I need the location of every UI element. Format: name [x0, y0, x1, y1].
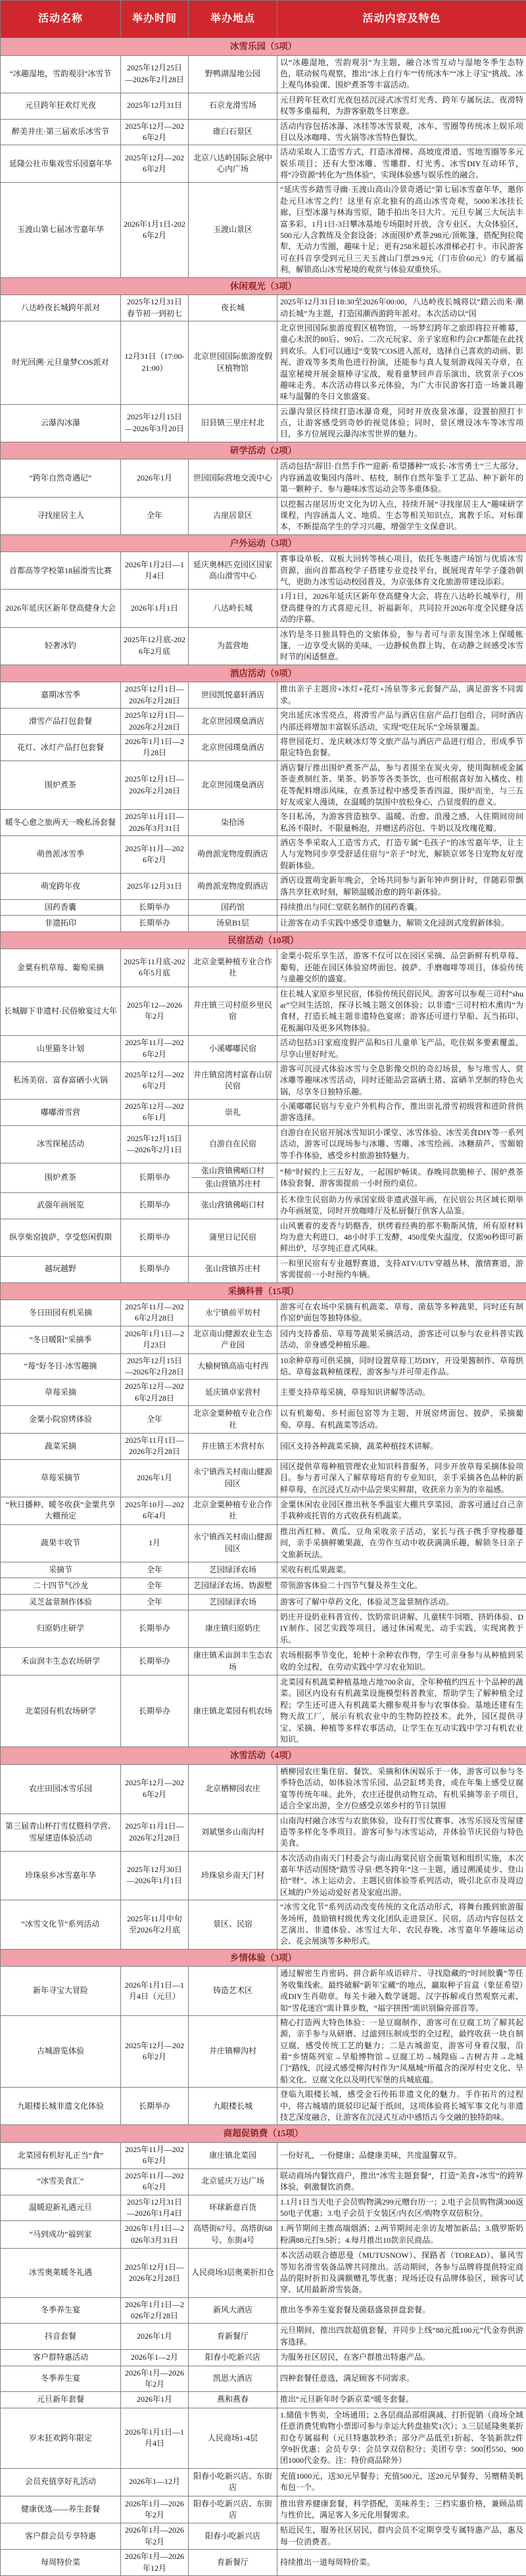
- activity-description-cell: 带领游客体验二十四节气餐及养生文化。: [277, 1578, 526, 1594]
- activity-location-cell: 北京南山健源农业生态产业园: [189, 1326, 277, 1353]
- location-text: 蒲里日记民宿: [191, 1231, 274, 1244]
- location-text: 碓臼石景区: [191, 126, 274, 138]
- activity-description-cell: 自游自在民宿开展冰雪知识小课堂、冰雪体验、冰雪美食DIY等一系列活动，游客可以现…: [277, 1125, 526, 1163]
- activity-location-cell: 自游自在民宿: [189, 1125, 277, 1163]
- location-text: 北京八达岭国际会展中心内广场: [191, 152, 274, 176]
- activity-location-cell: 永宁镇前平坊村: [189, 1300, 277, 1326]
- table-row: 滑雪产品打包套餐2025年12月1日—2026年2月28日北京世园璞燊酒店突出延…: [1, 709, 526, 735]
- activity-time-cell: 2026年1月2日—1月4日: [121, 552, 189, 590]
- activity-location-cell: 阳春小吃新兴店、东街店: [189, 2496, 277, 2523]
- activity-time-cell: 2026年1—2月: [121, 2350, 189, 2366]
- location-text: 北京延庆万达广场: [191, 2175, 274, 2188]
- activity-location-cell: 夜长城: [189, 295, 277, 321]
- column-header-location: 举办地点: [189, 1, 277, 38]
- activity-name-cell: 越玩越野: [1, 1256, 121, 1282]
- table-row: 嘟嘟滑雪营2025年12月—2026年1月崇礼小溪嘟嘟民宿与专业户外机构合作，推…: [1, 1100, 526, 1126]
- location-text: 人民商场1-4层: [191, 2432, 274, 2445]
- location-text: 艺园绿泽农场: [191, 1564, 274, 1576]
- location-text: 张山营镇苏庄村: [191, 1177, 274, 1190]
- activity-time-cell: 2025年12月31日 春节初一到初七: [121, 295, 189, 321]
- activity-description-cell: 活动采取人工造雪方式，打造冰滑梯、高坡度滑道、雪地雪圈等多元娱乐项目；还有大型冰…: [277, 145, 526, 183]
- activity-description-cell: 推出冬季养生宴套餐及菌菇盛景拼盘套餐。: [277, 2297, 526, 2324]
- activity-name-cell: 延隆公社市集戏雪乐园嘉年华: [1, 145, 121, 183]
- location-text: 阳春小吃新兴店、东街店: [191, 2470, 274, 2494]
- activity-time-cell: 2026年1月: [121, 2392, 189, 2408]
- activity-description-cell: 1月1日，2026年延庆区新年登高健身大会，将在八达岭长城举行，用登高健身的方式…: [277, 590, 526, 627]
- activity-time-cell: 全年: [121, 1406, 189, 1434]
- activity-description-cell: 本次活动由南天门村委会与南山海棠民宿全面策划和组织实施，本次嘉年华活动围绕“踏雪…: [277, 1851, 526, 1900]
- activity-time-cell: 2026年1月1日—1月4日: [121, 2408, 189, 2468]
- section-header-row: 商超促销费（15项）: [1, 2125, 526, 2143]
- activity-name-cell: 客户群特惠活动: [1, 2350, 121, 2366]
- activity-time-cell: 长期举办: [121, 1256, 189, 1282]
- section-header-row: 乡情体验（3项）: [1, 1949, 526, 1967]
- activity-time-cell: 2025年12月30日—2026年1月1日: [121, 1851, 189, 1900]
- table-row: 农庄田园冰雪乐园2025年12月—2026年2月北京栖柳园农庄栖柳园农庄集住宿、…: [1, 1764, 526, 1814]
- activity-name-cell: 冬日田园有机采摘: [1, 1300, 121, 1326]
- location-text: 井庄镇窑湾村富春山居民宿: [191, 1069, 274, 1093]
- activity-name-cell: 蔬菜采摘: [1, 1434, 121, 1460]
- activity-description-cell: 通过解密生肖密码、拼合新年成语碎片、寻找隐藏的“时间胶囊”等任务收集线索。最终破…: [277, 1967, 526, 2016]
- table-row: 珍珠泉乡冰雪嘉年华2025年12月30日—2026年1月1日珍珠泉乡南天门村本次…: [1, 1851, 526, 1900]
- activity-description-cell: 农场根据季节变化，轮种十余种农作物，学生可亲身参与从种植到采收的全过程，在劳动实…: [277, 1648, 526, 1675]
- activity-description-cell: 冰钓是冬日独具特色的文旅体验，参与者可与亲友围坐冰上保暖帐篷，一边享受火锅的美味…: [277, 627, 526, 665]
- section-title: 研学活动（2项）: [1, 442, 526, 459]
- activity-description-cell: 园内支持番茄、草莓等蔬果采摘活动，游客还可以参与农业科普实践活动，亲身感受种植乐…: [277, 1326, 526, 1353]
- location-text: 康庄镇禾亩润丰生态农场: [191, 1649, 274, 1674]
- activity-location-cell: 艺园绿泽农场、妫源墅: [189, 1578, 277, 1594]
- activity-description-cell: 园区支持各种蔬菜采摘，蔬菜种植技术讲解。: [277, 1434, 526, 1460]
- section-title: 酒店活动（9项）: [1, 665, 526, 682]
- activity-location-cell: 延庆镇卓家营村: [189, 1380, 277, 1406]
- activity-description-cell: 酒店设置萌宠新年晚会，全场共同参与新年钟声倒计时，伴随彩带飘落共享狂欢时刻，解锁…: [277, 874, 526, 900]
- location-text: 张山营镇佛峪口村: [191, 1199, 274, 1211]
- table-row: 二十四节气沙龙全年艺园绿泽农场、妫源墅带领游客体验二十四节气餐及养生文化。: [1, 1578, 526, 1594]
- activity-name-cell: 珍珠泉乡冰雪嘉年华: [1, 1851, 121, 1900]
- location-text: 北京世园璞燊酒店: [191, 779, 274, 791]
- activity-location-cell: 人民商场3层奥莱折扣仓: [189, 2249, 277, 2298]
- table-body: 冰雪乐园（5项）“冰趣湿地，雪韵观羽”冰雪节2025年12月25日—2026年2…: [1, 38, 526, 2576]
- activity-description-cell: 冬日私汤，为游客营造独享、温暖、治愈、浪漫之感，入住期间房间私汤不限时、不限量畅…: [277, 810, 526, 836]
- table-row: 草莓采摘2025年12月—2026年2月28日延庆镇卓家营村主要支持草莓采摘，草…: [1, 1380, 526, 1406]
- location-text: 高塔街67号、高塔街68号、东街4号: [191, 2222, 274, 2247]
- activity-name-cell: 金粟有机草莓、葡萄采摘: [1, 949, 121, 987]
- activity-name-cell: 云瀑沟冰瀑: [1, 404, 121, 442]
- activity-description-cell: 金粟休闲农业园区推出秋冬季温室大棚共享菜园，游客可通过自己亲手栽种或托管的方式收…: [277, 1497, 526, 1524]
- location-text: 旧县镇三里庄村北: [191, 417, 274, 429]
- activity-description-cell: 奶庄开设奶业科普宣传、饮奶常识讲解、儿童犊牛饲喂、挤奶体验、DIY制作、园艺实践…: [277, 1610, 526, 1648]
- activity-time-cell: 2025年11月1日—2026年3月31日: [121, 810, 189, 836]
- location-text: 北京金粟种植专业合作社: [191, 956, 274, 980]
- activity-table: 活动名称 举办时间 举办地点 活动内容及特色 冰雪乐园（5项）“冰趣湿地，雪韵观…: [0, 0, 526, 2576]
- location-text: 育新餐厅: [191, 2556, 274, 2569]
- activity-time-cell: 2026年1月1日—1月4日（元旦）: [121, 1967, 189, 2016]
- activity-location-cell: 八达岭长城: [189, 590, 277, 627]
- activity-name-cell: 岁末狂欢跨年限定: [1, 2408, 121, 2468]
- table-row: 归原奶庄研学长期举办康庄镇归原奶庄奶庄开设奶业科普宣传、饮奶常识讲解、儿童犊牛饲…: [1, 1610, 526, 1648]
- activity-time-cell: 2025年11月1日—2026年2月28日: [121, 1814, 189, 1851]
- activity-description-cell: 元旦期间，推出四款超值套餐，并同步上线“88元抵100元”代金券供游客选择。: [277, 2324, 526, 2350]
- activity-description-cell: 游客可在农场中采摘有机蔬菜、草莓、菌菇等多种蔬果，同时还有制作窑炉面包等独特体验…: [277, 1300, 526, 1326]
- activity-location-cell: 张山营镇佛峪口村: [189, 1192, 277, 1219]
- activity-name-cell: 抖音套餐: [1, 2324, 121, 2350]
- table-row: 禾亩润丰生态农场研学长期举办康庄镇禾亩润丰生态农场农场根据季节变化，轮种十余种农…: [1, 1648, 526, 1675]
- activity-location-cell: 野鸭湖湿地公园: [189, 55, 277, 93]
- activity-time-cell: 2025年11月中旬至2026年2月底: [121, 1900, 189, 1950]
- activity-location-cell: 艺园绿泽农场: [189, 1594, 277, 1610]
- activity-name-cell: 采摘节: [1, 1562, 121, 1578]
- table-row: 冬日田园有机采摘2025年11月—2026年2月28日永宁镇前平坊村游客可在农场…: [1, 1300, 526, 1326]
- table-row: 岁末狂欢跨年限定2026年1月1日—1月4日人民商场1-4层1.储值卡售卖，全场…: [1, 2408, 526, 2468]
- location-text: 夜长城: [191, 302, 274, 314]
- activity-name-cell: 草莓采摘节: [1, 1459, 121, 1497]
- activity-location-cell: 珍珠泉乡南天门村: [189, 1851, 277, 1900]
- activity-name-cell: 北菜园有机农场研学: [1, 1675, 121, 1747]
- activity-name-cell: 古城游览体验: [1, 2015, 121, 2087]
- table-row: “莓”好冬日·冰雪趣摘2025年12月15日—2026年2月28日大榆树镇高庙屯…: [1, 1353, 526, 1380]
- location-text: 凯思大酒店: [191, 2372, 274, 2385]
- activity-location-cell: 新风大酒店: [189, 2297, 277, 2324]
- table-row: “冰雪文化节”系列活动2025年11月中旬至2026年2月底景区、民宿“冰雪文化…: [1, 1900, 526, 1950]
- table-row: 北菜园有机农场研学长期举办康庄镇北菜园有机农场北菜园有机蔬菜种植基地占地700余…: [1, 1675, 526, 1747]
- activity-time-cell: 2026年1月1日—2月23日: [121, 1326, 189, 1353]
- activity-time-cell: 长期举办: [121, 1219, 189, 1256]
- column-header-activity-name: 活动名称: [1, 1, 121, 38]
- activity-description-cell: 活动包括“辞旧·自然手作”“迎新·希望播种”“成长·冰雪勇士”三大部分，内容涵盖…: [277, 459, 526, 497]
- activity-name-cell: 寻找崖居主人: [1, 497, 121, 534]
- activity-time-cell: 2025年12月1日—2026年2月28日: [121, 2249, 189, 2298]
- activity-time-cell: 2026年1月—2026年12月: [121, 2550, 189, 2576]
- activity-description-cell: 以有机葡萄、乡村面包窑等为主题，开展窑烤面包、披萨，采摘葡萄、草莓、有机蔬菜等活…: [277, 1406, 526, 1434]
- activity-time-cell: 2026年1月: [121, 1459, 189, 1497]
- activity-description-cell: 活动包括3日家庭度假产品和5日儿童单飞产品，吃住娱多要素覆盖，尽享山里好时光。: [277, 1036, 526, 1062]
- activity-name-cell: “冰雪美食汇”: [1, 2168, 121, 2195]
- table-row: 古城游览体验2025年12月—2026年2月井庄镇柳沟村精心打造两大特色体验：一…: [1, 2015, 526, 2087]
- activity-description-cell: 园区提供草莓种植管理农业知识科普服务，同步开放草莓采摘体验项目。参与者可深入了解…: [277, 1459, 526, 1497]
- activity-location-cell: 人民商场1-4层: [189, 2408, 277, 2468]
- activity-name-cell: 草莓采摘: [1, 1380, 121, 1406]
- activity-name-cell: “冬日暖阳”采摘季: [1, 1326, 121, 1353]
- activity-name-cell: 温暖迎新礼遇元旦: [1, 2195, 121, 2221]
- activity-location-cell: 张山营镇佛峪口村张山营镇苏庄村: [189, 1163, 277, 1193]
- activity-time-cell: 2026年1月—2026年2月: [121, 2496, 189, 2523]
- location-text: 柒拾汤: [191, 816, 274, 829]
- location-text: 艺园绿泽农场、妫源墅: [191, 1580, 274, 1592]
- table-row: 客户群会员专享特惠2026年1月—2026年2月阳春小吃新兴店贴近民生，服务社区…: [1, 2523, 526, 2550]
- table-row: 会员充值享好礼活动2026年1—12月阳春小吃新兴店、东街店充值1000元，送3…: [1, 2468, 526, 2496]
- table-row: 玉渡山第七届冰雪嘉年华2026年1月1日-2026年2月玉渡山景区“延庆雪乡踏雪…: [1, 183, 526, 277]
- table-row: 抖音套餐2026年1月育新餐厅元旦期间，推出四款超值套餐，并同步上线“88元抵1…: [1, 2324, 526, 2350]
- activity-location-cell: 为蓝营地: [189, 627, 277, 665]
- activity-description-cell: “延庆雪乡踏雪寻幽·玉渡山高山冷景奇遇记”第七届冰雪嘉年华，邀你赴元旦冰雪之约！…: [277, 183, 526, 277]
- activity-description-cell: 小溪嘟嘟民宿与专业户外机构合作，推出崇礼滑雪初级营和进阶营供游客选择。: [277, 1100, 526, 1126]
- activity-description-cell: 推出营养健康套餐，科学搭配，美味养生；三档实惠价格，兼顾品质与性价比，满足客人多…: [277, 2496, 526, 2523]
- table-row: 客户群特惠活动2026年1—2月阳春小吃新兴店为服务社区居民，在客户群推出特惠产…: [1, 2350, 526, 2366]
- activity-time-cell: 12月31日（17:00-21:00）: [121, 321, 189, 404]
- table-row: 九眼楼长城非遗文化体验长期举办九眼楼长城登临九眼楼长城，感受金石传拓非遗文化的魅…: [1, 2088, 526, 2125]
- table-row: 暖冬心愈之旅两天一晚私汤套餐2025年11月1日—2026年3月31日柒拾汤冬日…: [1, 810, 526, 836]
- location-text: 井庄镇三司村原乡里民宿: [191, 999, 274, 1023]
- table-row: 延隆公社市集戏雪乐园嘉年华2025年12月—2026年2月北京八达岭国际会展中心…: [1, 145, 526, 183]
- location-text: 育新餐厅: [191, 2330, 274, 2343]
- table-row: 非遗拓印长期举办汤泉B1层让游客在动手实践中感受非遗魅力，解锁文化浸润式度假新体…: [1, 916, 526, 931]
- table-row: 冬季养生宴2026年1月—2026年2月凯思大酒店四种套餐任意选，满足顾客不同需…: [1, 2366, 526, 2392]
- activity-time-cell: 2026年1月—2026年2月: [121, 2366, 189, 2392]
- activity-description-cell: 游客可了解中草药文化，体验灵芝盆景制作活动。: [277, 1594, 526, 1610]
- activity-time-cell: 2025年12月1日—2026年2月28日: [121, 709, 189, 735]
- activity-description-cell: 推出“元旦新年时令新京菜”暖冬套餐。: [277, 2392, 526, 2408]
- column-header-time: 举办时间: [121, 1, 189, 38]
- activity-description-cell: 以“冰趣湿地，雪韵观羽”为主题，融合冰雪互动与湿地冬季生态特色，联动候鸟观察，推…: [277, 55, 526, 93]
- activity-description-cell: 采收有机瓜果蔬菜。: [277, 1562, 526, 1578]
- location-text: 刘斌堡乡山南沟村: [191, 1826, 274, 1838]
- activity-time-cell: 2025年12月—2026年2月: [121, 2015, 189, 2087]
- table-row: 越玩越野长期举办张山营镇苏庄村一和里民宿有专业越野赛道，支持ATV/UTV穿越丛…: [1, 1256, 526, 1282]
- activity-name-cell: 冰雪奥莱暖冬礼遇: [1, 2249, 121, 2298]
- activity-name-cell: 冬季养生宴: [1, 2366, 121, 2392]
- activity-table-page: 活动名称 举办时间 举办地点 活动内容及特色 冰雪乐园（5项）“冰趣湿地，雪韵观…: [0, 0, 526, 2576]
- activity-name-cell: “秋日播种、暖冬收获”金粟共享大棚预定: [1, 1497, 121, 1524]
- activity-name-cell: 嘉期冰雪季: [1, 682, 121, 709]
- table-row: 2026年延庆区新年登高健身大会2026年1月1日八达岭长城1月1日，2026年…: [1, 590, 526, 627]
- activity-name-cell: 会员充值享好礼活动: [1, 2468, 121, 2496]
- activity-time-cell: 长期举办: [121, 900, 189, 916]
- activity-name-cell: 围炉煮茶: [1, 761, 121, 810]
- location-text: 井庄镇柳沟村: [191, 2045, 274, 2057]
- table-row: 寻找崖居主人全年古崖居景区以挖掘古崖居历史文化为切入点，持续开展“寻找崖居主人”…: [1, 497, 526, 534]
- activity-description-cell: 赛事设单板、双板大回转等核心项目，依托冬奥遗产场馆与优质冰雪资源，面向首都高校学…: [277, 552, 526, 590]
- activity-name-cell: 健康优选——养生套餐: [1, 2496, 121, 2523]
- activity-time-cell: 2025年12月25日—2026年2月28日: [121, 55, 189, 93]
- section-header-row: 休闲观光（3项）: [1, 277, 526, 295]
- activity-description-cell: 游客可沉浸式体验冰雪与全息影像交织的奇幻场景，参与堆雪人、赏冰雕等趣味冰雪活动，…: [277, 1062, 526, 1099]
- activity-location-cell: 萌兽派宠物度假酒店: [189, 836, 277, 874]
- table-row: 冰雪探秘活动2025年12月15日—2026年2月1日自游自在民宿自游自在民宿开…: [1, 1125, 526, 1163]
- activity-description-cell: 推出亲子主题房+冰灯+花灯+汤泉等多元套餐产品，满足游客不同需求。: [277, 682, 526, 709]
- activity-description-cell: 贴近民生，服务社区居民，群内会员不定期享受专属特惠产品，惠及每一位消费者。: [277, 2523, 526, 2550]
- activity-description-cell: 以挖掘古崖居历史文化为切入点，持续开展“寻找崖居主人”趣味研学课程，内容涵盖人文…: [277, 497, 526, 534]
- table-row: 冬季养生宴2026年1月1日—2026年2月28日新风大酒店推出冬季养生宴套餐及…: [1, 2297, 526, 2324]
- location-text: 人民商场3层奥莱折扣仓: [191, 2266, 274, 2279]
- activity-name-cell: 禾亩润丰生态农场研学: [1, 1648, 121, 1675]
- activity-time-cell: 2026年1月: [121, 459, 189, 497]
- activity-location-cell: 北京世园璞燊酒店: [189, 709, 277, 735]
- activity-location-cell: 阳春小吃新兴店: [189, 2350, 277, 2366]
- activity-time-cell: 2025年12月31日: [121, 874, 189, 900]
- table-row: 首都高等学校第18届滑雪比赛2026年1月2日—1月4日延庆奥林匹克园区国家高山…: [1, 552, 526, 590]
- table-row: 元旦跨年狂欢灯光夜2025年12月31日石京龙滑雪场元旦跨年狂欢灯光夜包括沉浸式…: [1, 93, 526, 119]
- activity-location-cell: 碓臼石景区: [189, 119, 277, 145]
- location-text: 北京金粟种植专业合作社: [191, 1407, 274, 1432]
- table-row: “马到成功”福到家2026年1月1日—2026年3月31日高塔街67号、高塔街6…: [1, 2221, 526, 2249]
- activity-description-cell: 持续推出与同仁堂联名制作的国药香囊。: [277, 900, 526, 916]
- location-text: 大榆树镇高庙屯村西: [191, 1360, 274, 1372]
- activity-time-cell: 2025年12月—2026年1月: [121, 1100, 189, 1126]
- location-text: 燕和燕春: [191, 2393, 274, 2406]
- table-row: 萌宠跨年夜2025年12月31日萌兽派宠物度假酒店酒店设置萌宠新年晚会，全场共同…: [1, 874, 526, 900]
- activity-location-cell: 大榆树镇高庙屯村西: [189, 1353, 277, 1380]
- activity-location-cell: 国药馆: [189, 900, 277, 916]
- activity-name-cell: 灵芝盆景制作体验: [1, 1594, 121, 1610]
- section-header-row: 研学活动（2项）: [1, 442, 526, 459]
- activity-location-cell: 世园国际营地交流中心: [189, 459, 277, 497]
- table-row: “秋日播种、暖冬收获”金粟共享大棚预定2025年10月—2026年4月北京金粟种…: [1, 1497, 526, 1524]
- activity-description-cell: 2025年12月31日18:30至2026年00:00，八达岭夜长城将以“踏云而…: [277, 295, 526, 321]
- activity-description-cell: 持续推出一道每周特价菜。: [277, 2550, 526, 2576]
- section-title: 乡情体验（3项）: [1, 1949, 526, 1967]
- location-text: 北京世园璞燊酒店: [191, 741, 274, 754]
- location-text: 珍珠泉乡南天门村: [191, 1869, 274, 1882]
- activity-location-cell: 凯思大酒店: [189, 2366, 277, 2392]
- location-text: 北京世园璞燊酒店: [191, 715, 274, 728]
- activity-name-cell: “冰趣湿地，雪韵观羽”冰雪节: [1, 55, 121, 93]
- activity-time-cell: 2025年11月—2026年2月: [121, 2168, 189, 2195]
- activity-name-cell: 元旦跨年狂欢灯光夜: [1, 93, 121, 119]
- table-row: 八达岭夜长城跨年派对2025年12月31日 春节初一到初七夜长城2025年12月…: [1, 295, 526, 321]
- location-text: 景区、民宿: [191, 1918, 274, 1931]
- location-text: 阳春小吃新兴店、东街店: [191, 2498, 274, 2522]
- activity-time-cell: 2025年11月—2026年2月28日: [121, 1300, 189, 1326]
- activity-time-cell: 2025年12月15日—2026年2月28日: [121, 1353, 189, 1380]
- activity-name-cell: 玉渡山第七届冰雪嘉年华: [1, 183, 121, 277]
- activity-description-cell: 10余种草莓可供采摘，同时设置草莓工坊DIY，开设果酱制作、草莓烘焙、草莓盆栽种…: [277, 1353, 526, 1380]
- table-row: 温暖迎新礼遇元旦2025年12月31日—2026年1月4日环球新意百货1.1月1…: [1, 2195, 526, 2221]
- table-row: 围炉煮茶长期举办张山营镇佛峪口村张山营镇苏庄村“柿”时候约上三五好友，一起围炉畅…: [1, 1163, 526, 1193]
- table-row: 元旦新年套餐2026年1月燕和燕春推出“元旦新年时令新京菜”暖冬套餐。: [1, 2392, 526, 2408]
- activity-location-cell: 北京世园国际旅游度假区植物馆: [189, 321, 277, 404]
- table-row: 长城脚下非遗村·民俗飨宴过大年2025年12—2026年2月井庄镇三司村原乡里民…: [1, 987, 526, 1036]
- activity-description-cell: 1.两节期间主推高端烟酒；2.两节期间走亲访友增加新品；3.俄罗斯奶粉满88元打…: [277, 2221, 526, 2249]
- location-text: 永宁镇西关村南山健源园区: [191, 1531, 274, 1555]
- activity-name-cell: 冰雪探秘活动: [1, 1125, 121, 1163]
- table-row: 金粟小院窑烤体验全年北京金粟种植专业合作社以有机葡萄、乡村面包窑等为主题，开展窑…: [1, 1406, 526, 1434]
- table-row: 花灯、冰灯产品打包套餐2026年1月1日—2月28日北京世园璞燊酒店将世园花灯、…: [1, 734, 526, 761]
- section-title: 户外运动（3项）: [1, 534, 526, 552]
- activity-location-cell: 北京世园璞燊酒店: [189, 734, 277, 761]
- location-text: 北京金粟种植专业合作社: [191, 1499, 274, 1523]
- activity-description-cell: 栖柳园农庄集住宿、餐饮、采摘和休闲娱乐于一体，游客可以参与冬季特色活动，如体验冰…: [277, 1764, 526, 1814]
- activity-time-cell: 2026年1月: [121, 2324, 189, 2350]
- activity-description-cell: 酒店餐厅推出围炉煮茶产品，参与者围坐在炭火旁，使用陶制或金属茶壶煮制红茶、果茶、…: [277, 761, 526, 810]
- activity-name-cell: 武强年画展览: [1, 1192, 121, 1219]
- activity-location-cell: 刘斌堡乡山南沟村: [189, 1814, 277, 1851]
- activity-location-cell: 延庆奥林匹克园区国家高山滑雪中心: [189, 552, 277, 590]
- activity-description-cell: 主要支持草莓采摘，草莓知识讲解等活动。: [277, 1380, 526, 1406]
- activity-name-cell: 嘟嘟滑雪营: [1, 1100, 121, 1126]
- table-row: 时光回溯·元旦童梦COS派对12月31日（17:00-21:00）北京世园国际旅…: [1, 321, 526, 404]
- activity-location-cell: 康庄镇北菜园有机农场: [189, 1675, 277, 1747]
- activity-time-cell: 2025年12—2026年2月: [121, 987, 189, 1036]
- activity-name-cell: 2026年延庆区新年登高健身大会: [1, 590, 121, 627]
- activity-location-cell: 北京金粟种植专业合作社: [189, 949, 277, 987]
- column-header-content: 活动内容及特色: [277, 1, 526, 38]
- activity-description-cell: “柿”时候约上三五好友，一起围炉畅谈。春晚同款脆柿子、围炉煮茶体验套餐，游客需提…: [277, 1163, 526, 1193]
- table-row: 私汤美宿、富春富硒小火锅2025年12月—2026年2月井庄镇窑湾村富春山居民宿…: [1, 1062, 526, 1099]
- activity-time-cell: 全年: [121, 497, 189, 534]
- activity-location-cell: 北京八达岭国际会展中心内广场: [189, 145, 277, 183]
- activity-time-cell: 2026年1月1日—2026年2月28日: [121, 2297, 189, 2324]
- location-text: 国药馆: [191, 901, 274, 914]
- activity-location-cell: 旧县镇三里庄村北: [189, 404, 277, 442]
- location-text: 北京世园国际旅游度假区植物馆: [191, 350, 274, 375]
- location-text: 环球新意百货: [191, 2201, 274, 2214]
- activity-name-cell: 国药香囊: [1, 900, 121, 916]
- location-text: 汤泉B1层: [191, 917, 274, 929]
- activity-time-cell: 2025年11月—2026年2月: [121, 2143, 189, 2169]
- activity-name-cell: 冬季养生宴: [1, 2297, 121, 2324]
- activity-location-cell: 燕和燕春: [189, 2392, 277, 2408]
- activity-name-cell: 私汤美宿、富春富硒小火锅: [1, 1062, 121, 1099]
- activity-name-cell: 暖冬心愈之旅两天一晚私汤套餐: [1, 810, 121, 836]
- activity-name-cell: 第三届青山杯打雪仗暨科学营、雪屋建造体验活动: [1, 1814, 121, 1851]
- location-text: 自游自在民宿: [191, 1138, 274, 1150]
- activity-location-cell: 康庄镇禾亩润丰生态农场: [189, 1648, 277, 1675]
- location-text: 北京南山健源农业生态产业园: [191, 1328, 274, 1352]
- location-text: 阳春小吃新兴店: [191, 2351, 274, 2364]
- activity-description-cell: 将世园花灯、龙庆峡冰灯等文旅产品与酒店产品进行组合，形成季节限定特色套餐。: [277, 734, 526, 761]
- activity-location-cell: 北京金粟种植专业合作社: [189, 1406, 277, 1434]
- activity-location-cell: 育新餐厅: [189, 2324, 277, 2350]
- activity-location-cell: 小溪嘟嘟民宿: [189, 1036, 277, 1062]
- activity-time-cell: 长期举办: [121, 1610, 189, 1648]
- location-text: 八达岭长城: [191, 602, 274, 615]
- activity-name-cell: 山里猫冬计划: [1, 1036, 121, 1062]
- location-text: 张山营镇苏庄村: [191, 1263, 274, 1275]
- activity-location-cell: 北京世园璞燊酒店: [189, 761, 277, 810]
- activity-name-cell: 萌兽派冰雪季: [1, 836, 121, 874]
- location-text: 石京龙滑雪场: [191, 99, 274, 112]
- activity-location-cell: 萌兽派宠物度假酒店: [189, 874, 277, 900]
- activity-name-cell: 滑雪产品打包套餐: [1, 709, 121, 735]
- location-text: 古崖居景区: [191, 509, 274, 522]
- activity-name-cell: 每周特价菜: [1, 2550, 121, 2576]
- activity-time-cell: 2026年1月—2026年2月: [121, 2523, 189, 2550]
- activity-description-cell: 四种套餐任意选，满足顾客不同需求。: [277, 2366, 526, 2392]
- activity-description-cell: 一和里民宿有专业越野赛道，支持ATV/UTV穿越丛林，激情赛道，游客需提前一小时…: [277, 1256, 526, 1282]
- activity-time-cell: 长期举办: [121, 2088, 189, 2125]
- table-header: 活动名称 举办时间 举办地点 活动内容及特色: [1, 1, 526, 38]
- activity-location-cell: 高塔街67号、高塔街68号、东街4号: [189, 2221, 277, 2249]
- activity-name-cell: 围炉煮茶: [1, 1163, 121, 1193]
- activity-name-cell: 醉美井庄·第三届欢乐冰雪节: [1, 119, 121, 145]
- location-text: 延庆镇卓家营村: [191, 1386, 274, 1399]
- activity-name-cell: 八达岭夜长城跨年派对: [1, 295, 121, 321]
- table-row: 萌兽派冰雪季2025年11月—2026年2月萌兽派宠物度假酒店酒店冬季采取人工造…: [1, 836, 526, 874]
- activity-location-cell: 艺园绿泽农场: [189, 1562, 277, 1578]
- section-header-row: 冰雪活动（4项）: [1, 1747, 526, 1765]
- table-row: 山里猫冬计划2025年11月—2026年2月小溪嘟嘟民宿活动包括3日家庭度假产品…: [1, 1036, 526, 1062]
- table-row: 蔬菜采摘2025年11月1日—2026年2月28日井庄镇王木营村东园区支持各种蔬…: [1, 1434, 526, 1460]
- location-text: 玉渡山景区: [191, 223, 274, 236]
- activity-description-cell: 充值1000元，送30元早餐券；充值500元，送20元早餐券，另赠精美帆布包一个…: [277, 2468, 526, 2496]
- activity-description-cell: 活动内容包括冰瀑、冰挂等冰雪景观，冰车、雪圈等传统冰上娱乐项目以及冰咖啡、雪火锅…: [277, 119, 526, 145]
- activity-name-cell: 新年寻宝大冒险: [1, 1967, 121, 2016]
- section-title: 商超促销费（15项）: [1, 2125, 526, 2143]
- activity-description-cell: 元旦跨年狂欢灯光夜包括沉浸式冰雪灯光秀、跨年专属玩法、夜滑特权等多重福利，为游客…: [277, 93, 526, 119]
- activity-location-cell: 康庄镇归原奶庄: [189, 1610, 277, 1648]
- location-text: 萌兽派宠物度假酒店: [191, 848, 274, 860]
- activity-location-cell: 世园凯悦嘉轩酒店: [189, 682, 277, 709]
- activity-time-cell: 2025年12月—2026年2月28日: [121, 1380, 189, 1406]
- activity-location-cell: 永宁镇西关村南山健源园区: [189, 1459, 277, 1497]
- location-text: 永宁镇前平坊村: [191, 1307, 274, 1319]
- activity-name-cell: 轻奢冰钓: [1, 627, 121, 665]
- activity-time-cell: 2025年11月—2026年2月: [121, 836, 189, 874]
- activity-description-cell: 让游客在动手实践中感受非遗魅力，解锁文化浸润式度假新体验。: [277, 916, 526, 931]
- table-row: 云瀑沟冰瀑2025年12月15日—2026年3月20日旧县镇三里庄村北云瀑沟景区…: [1, 404, 526, 442]
- activity-description-cell: 1.1月1日当天电子会员购物满299元赠台历一；2.电子会员购物满300返50电…: [277, 2195, 526, 2221]
- activity-time-cell: 2025年12月1日—2026年2月28日: [121, 761, 189, 810]
